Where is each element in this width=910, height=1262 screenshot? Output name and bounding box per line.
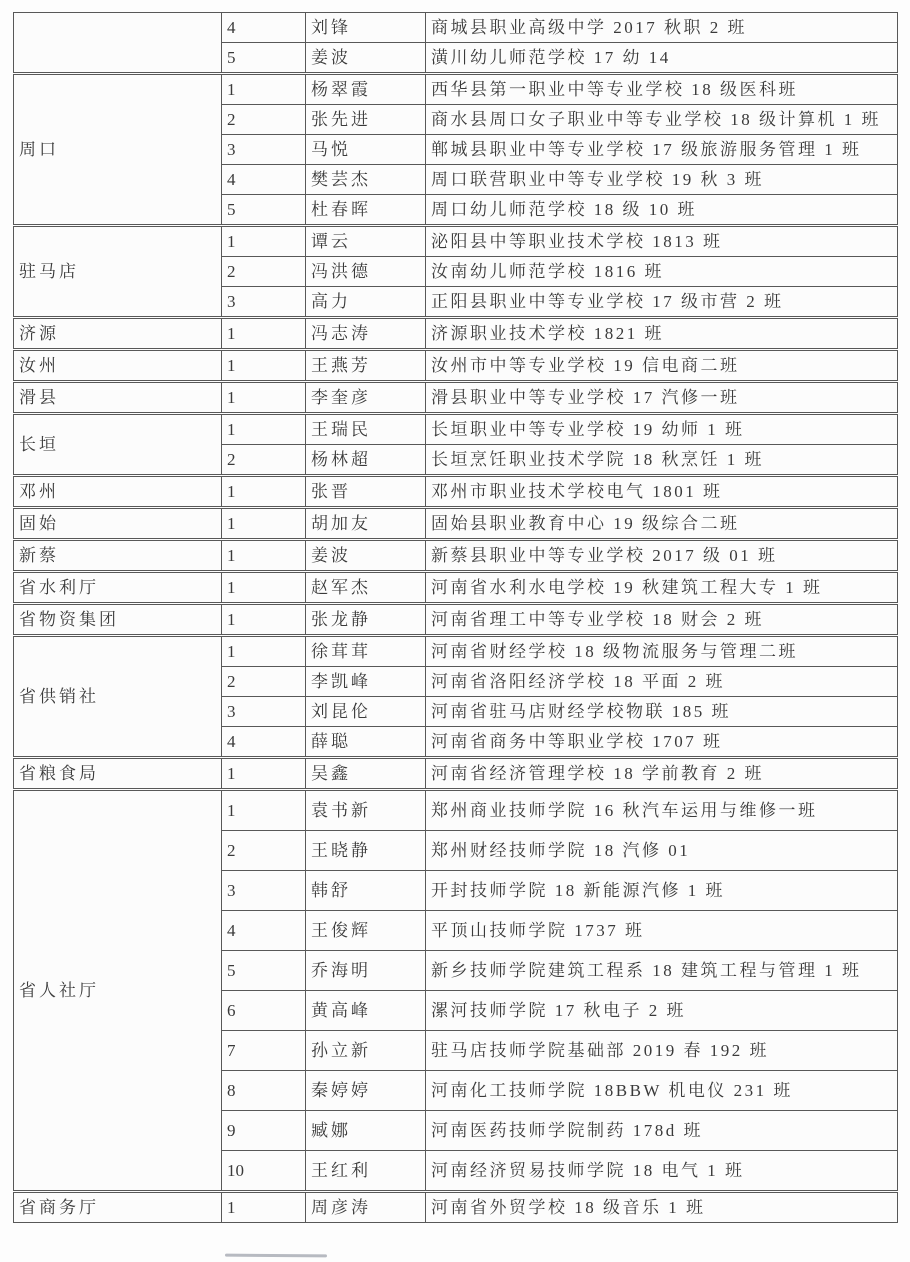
row-index-cell: 6 (222, 991, 306, 1031)
scan-artifact-line (225, 1254, 327, 1258)
row-index-cell: 2 (222, 667, 306, 697)
school-class-cell: 河南省驻马店财经学校物联 185 班 (426, 697, 898, 727)
row-index-cell: 7 (222, 1031, 306, 1071)
student-name-cell: 王燕芳 (306, 350, 426, 382)
school-class-cell: 滑县职业中等专业学校 17 汽修一班 (426, 382, 898, 414)
row-index-cell: 1 (222, 74, 306, 105)
student-name-cell: 薛聪 (306, 727, 426, 758)
roster-table-body: 4刘锋商城县职业高级中学 2017 秋职 2 班5姜波潢川幼儿师范学校 17 幼… (14, 13, 898, 1223)
row-index-cell: 4 (222, 165, 306, 195)
row-index-cell: 4 (222, 911, 306, 951)
table-row: 邓州1张晋邓州市职业技术学校电气 1801 班 (14, 476, 898, 508)
row-index-cell: 5 (222, 951, 306, 991)
school-class-cell: 开封技师学院 18 新能源汽修 1 班 (426, 871, 898, 911)
table-row: 省人社厅1袁书新郑州商业技师学院 16 秋汽车运用与维修一班 (14, 790, 898, 831)
school-class-cell: 汝州市中等专业学校 19 信电商二班 (426, 350, 898, 382)
student-name-cell: 李凯峰 (306, 667, 426, 697)
school-class-cell: 河南省经济管理学校 18 学前教育 2 班 (426, 758, 898, 790)
row-index-cell: 1 (222, 572, 306, 604)
student-name-cell: 吴鑫 (306, 758, 426, 790)
student-name-cell: 高力 (306, 287, 426, 318)
table-row: 省物资集团1张龙静河南省理工中等专业学校 18 财会 2 班 (14, 604, 898, 636)
row-index-cell: 1 (222, 382, 306, 414)
student-name-cell: 马悦 (306, 135, 426, 165)
student-name-cell: 杨林超 (306, 445, 426, 476)
row-index-cell: 1 (222, 604, 306, 636)
row-index-cell: 3 (222, 287, 306, 318)
row-index-cell: 9 (222, 1111, 306, 1151)
school-class-cell: 周口联营职业中等专业学校 19 秋 3 班 (426, 165, 898, 195)
row-index-cell: 1 (222, 1192, 306, 1223)
student-name-cell: 杜春晖 (306, 195, 426, 226)
student-name-cell: 王红利 (306, 1151, 426, 1192)
school-class-cell: 河南省外贸学校 18 级音乐 1 班 (426, 1192, 898, 1223)
student-name-cell: 姜波 (306, 43, 426, 74)
row-index-cell: 1 (222, 350, 306, 382)
school-class-cell: 河南医药技师学院制药 178d 班 (426, 1111, 898, 1151)
region-cell: 省粮食局 (14, 758, 222, 790)
school-class-cell: 新蔡县职业中等专业学校 2017 级 01 班 (426, 540, 898, 572)
student-name-cell: 谭云 (306, 226, 426, 257)
school-class-cell: 固始县职业教育中心 19 级综合二班 (426, 508, 898, 540)
school-class-cell: 长垣职业中等专业学校 19 幼师 1 班 (426, 414, 898, 445)
school-class-cell: 平顶山技师学院 1737 班 (426, 911, 898, 951)
row-index-cell: 2 (222, 105, 306, 135)
student-name-cell: 张龙静 (306, 604, 426, 636)
region-cell: 周口 (14, 74, 222, 226)
school-class-cell: 郑州商业技师学院 16 秋汽车运用与维修一班 (426, 790, 898, 831)
row-index-cell: 1 (222, 758, 306, 790)
table-row: 驻马店1谭云泌阳县中等职业技术学校 1813 班 (14, 226, 898, 257)
row-index-cell: 4 (222, 727, 306, 758)
table-row: 省水利厅1赵军杰河南省水利水电学校 19 秋建筑工程大专 1 班 (14, 572, 898, 604)
region-cell: 汝州 (14, 350, 222, 382)
row-index-cell: 3 (222, 871, 306, 911)
school-class-cell: 河南省商务中等职业学校 1707 班 (426, 727, 898, 758)
row-index-cell: 2 (222, 445, 306, 476)
school-class-cell: 河南省水利水电学校 19 秋建筑工程大专 1 班 (426, 572, 898, 604)
school-class-cell: 商水县周口女子职业中等专业学校 18 级计算机 1 班 (426, 105, 898, 135)
row-index-cell: 1 (222, 476, 306, 508)
row-index-cell: 5 (222, 195, 306, 226)
region-cell: 驻马店 (14, 226, 222, 318)
table-row: 省商务厅1周彦涛河南省外贸学校 18 级音乐 1 班 (14, 1192, 898, 1223)
region-cell: 邓州 (14, 476, 222, 508)
row-index-cell: 4 (222, 13, 306, 43)
row-index-cell: 10 (222, 1151, 306, 1192)
region-cell: 省水利厅 (14, 572, 222, 604)
region-cell: 济源 (14, 318, 222, 350)
student-name-cell: 乔海明 (306, 951, 426, 991)
region-cell: 新蔡 (14, 540, 222, 572)
table-row: 固始1胡加友固始县职业教育中心 19 级综合二班 (14, 508, 898, 540)
row-index-cell: 1 (222, 508, 306, 540)
student-name-cell: 刘昆伦 (306, 697, 426, 727)
row-index-cell: 2 (222, 257, 306, 287)
row-index-cell: 2 (222, 831, 306, 871)
region-cell: 滑县 (14, 382, 222, 414)
school-class-cell: 泌阳县中等职业技术学校 1813 班 (426, 226, 898, 257)
region-cell: 省商务厅 (14, 1192, 222, 1223)
student-name-cell: 秦婷婷 (306, 1071, 426, 1111)
school-class-cell: 漯河技师学院 17 秋电子 2 班 (426, 991, 898, 1031)
student-name-cell: 袁书新 (306, 790, 426, 831)
student-name-cell: 张晋 (306, 476, 426, 508)
school-class-cell: 邓州市职业技术学校电气 1801 班 (426, 476, 898, 508)
school-class-cell: 商城县职业高级中学 2017 秋职 2 班 (426, 13, 898, 43)
school-class-cell: 济源职业技术学校 1821 班 (426, 318, 898, 350)
school-class-cell: 河南经济贸易技师学院 18 电气 1 班 (426, 1151, 898, 1192)
school-class-cell: 郸城县职业中等专业学校 17 级旅游服务管理 1 班 (426, 135, 898, 165)
school-class-cell: 河南省财经学校 18 级物流服务与管理二班 (426, 636, 898, 667)
school-class-cell: 正阳县职业中等专业学校 17 级市营 2 班 (426, 287, 898, 318)
student-name-cell: 张先进 (306, 105, 426, 135)
student-name-cell: 胡加友 (306, 508, 426, 540)
region-cell: 长垣 (14, 414, 222, 476)
student-name-cell: 周彦涛 (306, 1192, 426, 1223)
school-class-cell: 新乡技师学院建筑工程系 18 建筑工程与管理 1 班 (426, 951, 898, 991)
region-cell: 省供销社 (14, 636, 222, 758)
student-name-cell: 杨翠霞 (306, 74, 426, 105)
table-row: 滑县1李奎彦滑县职业中等专业学校 17 汽修一班 (14, 382, 898, 414)
school-class-cell: 周口幼儿师范学校 18 级 10 班 (426, 195, 898, 226)
student-name-cell: 樊芸杰 (306, 165, 426, 195)
student-name-cell: 王瑞民 (306, 414, 426, 445)
school-class-cell: 潢川幼儿师范学校 17 幼 14 (426, 43, 898, 74)
table-row: 济源1冯志涛济源职业技术学校 1821 班 (14, 318, 898, 350)
student-name-cell: 刘锋 (306, 13, 426, 43)
school-class-cell: 河南化工技师学院 18BBW 机电仪 231 班 (426, 1071, 898, 1111)
school-class-cell: 驻马店技师学院基础部 2019 春 192 班 (426, 1031, 898, 1071)
student-name-cell: 王晓静 (306, 831, 426, 871)
row-index-cell: 1 (222, 226, 306, 257)
region-cell (14, 13, 222, 74)
row-index-cell: 1 (222, 414, 306, 445)
table-row: 省供销社1徐茸茸河南省财经学校 18 级物流服务与管理二班 (14, 636, 898, 667)
table-row: 汝州1王燕芳汝州市中等专业学校 19 信电商二班 (14, 350, 898, 382)
student-roster-table: 4刘锋商城县职业高级中学 2017 秋职 2 班5姜波潢川幼儿师范学校 17 幼… (13, 12, 898, 1223)
student-name-cell: 赵军杰 (306, 572, 426, 604)
school-class-cell: 长垣烹饪职业技术学院 18 秋烹饪 1 班 (426, 445, 898, 476)
region-cell: 省物资集团 (14, 604, 222, 636)
table-row: 4刘锋商城县职业高级中学 2017 秋职 2 班 (14, 13, 898, 43)
table-row: 省粮食局1吴鑫河南省经济管理学校 18 学前教育 2 班 (14, 758, 898, 790)
row-index-cell: 1 (222, 540, 306, 572)
row-index-cell: 1 (222, 790, 306, 831)
school-class-cell: 河南省理工中等专业学校 18 财会 2 班 (426, 604, 898, 636)
table-row: 周口1杨翠霞西华县第一职业中等专业学校 18 级医科班 (14, 74, 898, 105)
table-row: 长垣1王瑞民长垣职业中等专业学校 19 幼师 1 班 (14, 414, 898, 445)
student-name-cell: 徐茸茸 (306, 636, 426, 667)
student-name-cell: 韩舒 (306, 871, 426, 911)
student-name-cell: 冯洪德 (306, 257, 426, 287)
student-name-cell: 李奎彦 (306, 382, 426, 414)
row-index-cell: 1 (222, 636, 306, 667)
school-class-cell: 汝南幼儿师范学校 1816 班 (426, 257, 898, 287)
student-name-cell: 冯志涛 (306, 318, 426, 350)
school-class-cell: 河南省洛阳经济学校 18 平面 2 班 (426, 667, 898, 697)
row-index-cell: 1 (222, 318, 306, 350)
student-name-cell: 孙立新 (306, 1031, 426, 1071)
region-cell: 固始 (14, 508, 222, 540)
school-class-cell: 西华县第一职业中等专业学校 18 级医科班 (426, 74, 898, 105)
school-class-cell: 郑州财经技师学院 18 汽修 01 (426, 831, 898, 871)
document-page: 4刘锋商城县职业高级中学 2017 秋职 2 班5姜波潢川幼儿师范学校 17 幼… (0, 0, 910, 1262)
student-name-cell: 王俊辉 (306, 911, 426, 951)
row-index-cell: 5 (222, 43, 306, 74)
row-index-cell: 3 (222, 697, 306, 727)
student-name-cell: 姜波 (306, 540, 426, 572)
row-index-cell: 3 (222, 135, 306, 165)
row-index-cell: 8 (222, 1071, 306, 1111)
table-row: 新蔡1姜波新蔡县职业中等专业学校 2017 级 01 班 (14, 540, 898, 572)
region-cell: 省人社厅 (14, 790, 222, 1192)
student-name-cell: 黄高峰 (306, 991, 426, 1031)
student-name-cell: 臧娜 (306, 1111, 426, 1151)
